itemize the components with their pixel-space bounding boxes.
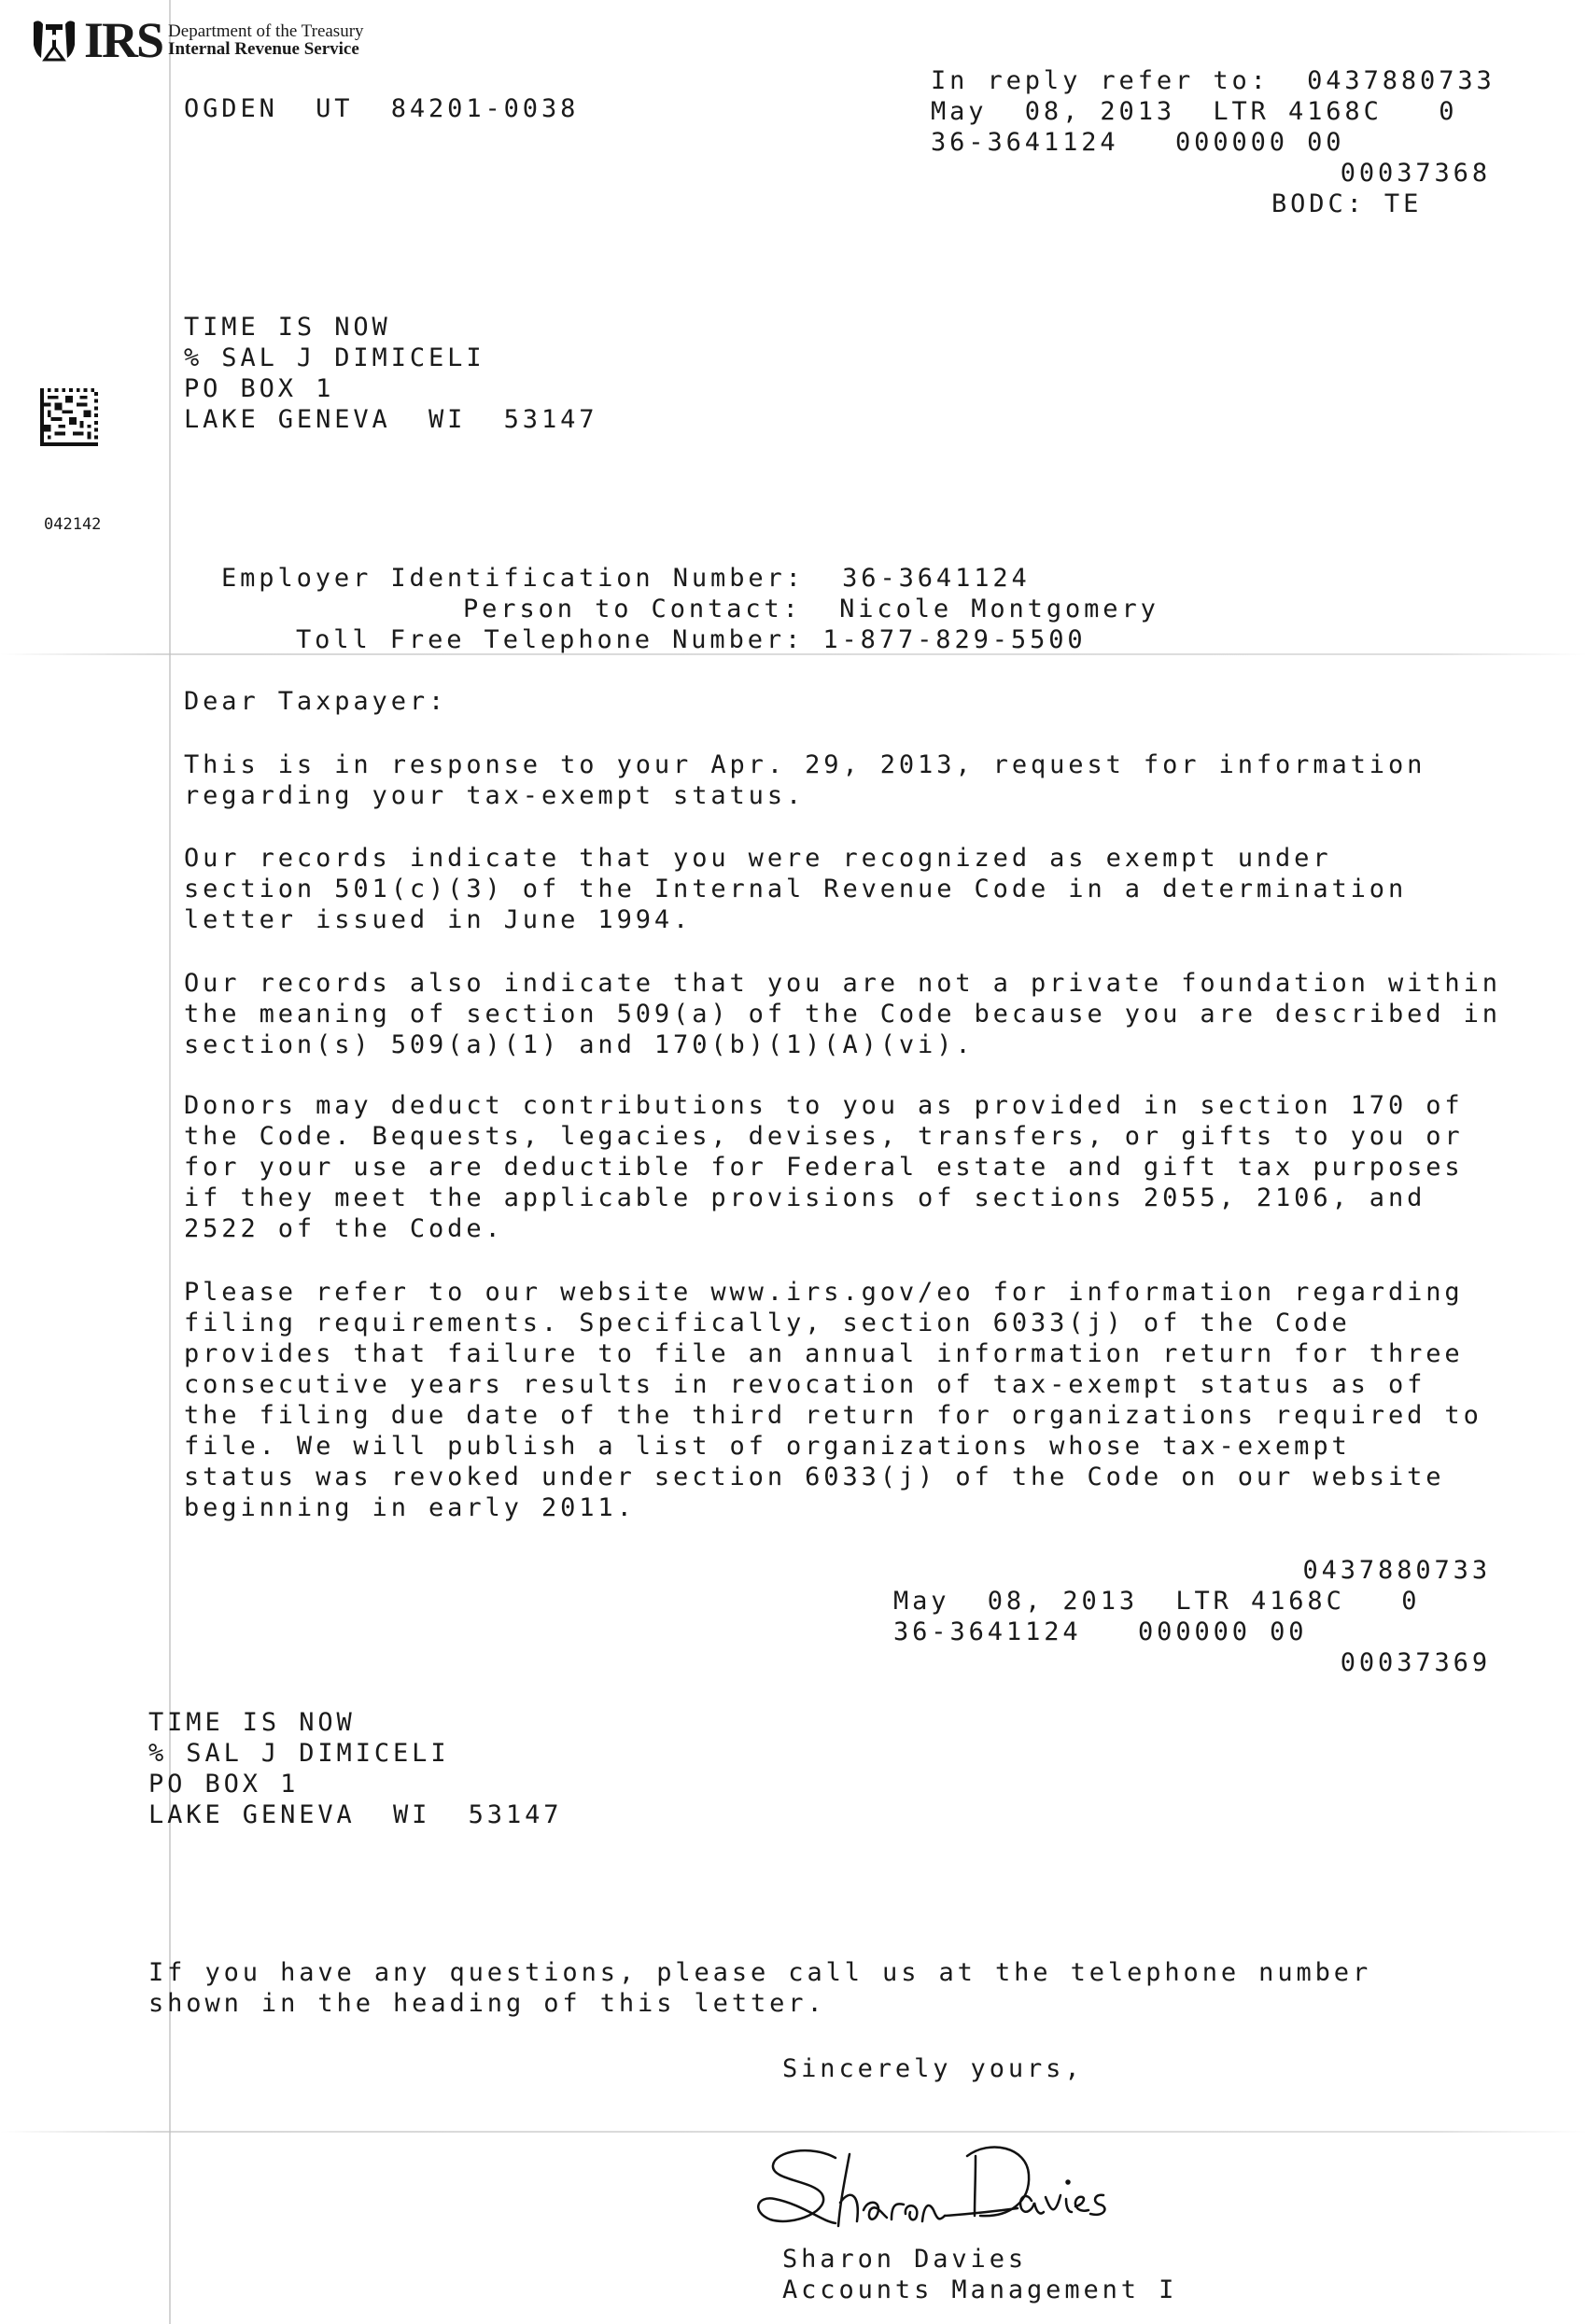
ein-value: 36-3641124 xyxy=(842,564,1031,593)
page2-date-code: May 08, 2013 LTR 4168C 0 xyxy=(893,1586,1420,1617)
page2-ref-number: 0437880733 xyxy=(893,1555,1491,1586)
page2-ein-control: 36-3641124 000000 00 xyxy=(893,1617,1307,1647)
agency-name: Department of the Treasury Internal Reve… xyxy=(168,22,363,58)
agency-line-2: Internal Revenue Service xyxy=(168,40,363,58)
recipient2-line-2: % SAL J DIMICELI xyxy=(148,1738,450,1769)
recipient-line-4: LAKE GENEVA WI 53147 xyxy=(184,404,597,435)
handwritten-signature-icon xyxy=(747,2137,1186,2240)
irs-wordmark: IRS xyxy=(84,17,162,63)
paragraph-1: This is in response to your Apr. 29, 201… xyxy=(184,749,1425,811)
ein-row: Employer Identification Number: 36-36411… xyxy=(221,563,1031,594)
bodc-code: BODC: TE xyxy=(1271,189,1422,219)
questions-note: If you have any questions, please call u… xyxy=(148,1957,1371,2019)
ein-label: Employer Identification Number: xyxy=(221,564,805,593)
recipient-line-1: TIME IS NOW xyxy=(184,312,391,343)
sign-off: Sincerely yours, xyxy=(782,2053,1084,2084)
letter-date-code: May 08, 2013 LTR 4168C 0 xyxy=(931,96,1457,127)
reply-ref-label: In reply refer to: xyxy=(931,66,1270,95)
ein-control-line: 36-3641124 000000 00 xyxy=(931,127,1344,158)
recipient2-line-3: PO BOX 1 xyxy=(148,1769,299,1799)
phone-value: 1-877-829-5500 xyxy=(822,625,1086,654)
side-code: 042142 xyxy=(44,515,101,534)
recipient2-line-4: LAKE GENEVA WI 53147 xyxy=(148,1799,562,1830)
datamatrix-barcode-icon xyxy=(40,388,98,446)
recipient-line-3: PO BOX 1 xyxy=(184,373,334,404)
irs-logo: IRS Department of the Treasury Internal … xyxy=(30,17,364,63)
recipient-line-2: % SAL J DIMICELI xyxy=(184,343,485,373)
contact-person-label: Person to Contact: xyxy=(463,595,802,623)
reply-reference: In reply refer to: 0437880733 xyxy=(931,65,1496,96)
contact-person-value: Nicole Montgomery xyxy=(839,595,1159,623)
phone-row: Toll Free Telephone Number: 1-877-829-55… xyxy=(296,624,1087,655)
paragraph-3: Our records also indicate that you are n… xyxy=(184,968,1501,1060)
paragraph-4: Donors may deduct contributions to you a… xyxy=(184,1090,1464,1244)
paper-crease xyxy=(0,2131,1587,2133)
document-sequence: 00037368 xyxy=(931,158,1491,189)
agency-line-1: Department of the Treasury xyxy=(168,22,363,40)
office-address: OGDEN UT 84201-0038 xyxy=(184,93,579,124)
signer-title: Accounts Management I xyxy=(782,2275,1177,2305)
recipient2-line-1: TIME IS NOW xyxy=(148,1707,356,1738)
signer-name: Sharon Davies xyxy=(782,2244,1027,2275)
paragraph-2: Our records indicate that you were recog… xyxy=(184,843,1407,935)
page2-sequence: 00037369 xyxy=(893,1647,1491,1678)
contact-person-row: Person to Contact: Nicole Montgomery xyxy=(463,594,1159,624)
phone-label: Toll Free Telephone Number: xyxy=(296,625,804,654)
paragraph-5: Please refer to our website www.irs.gov/… xyxy=(184,1277,1482,1523)
irs-eagle-icon xyxy=(30,17,78,63)
salutation: Dear Taxpayer: xyxy=(184,686,447,717)
reply-ref-number: 0437880733 xyxy=(1307,66,1496,95)
